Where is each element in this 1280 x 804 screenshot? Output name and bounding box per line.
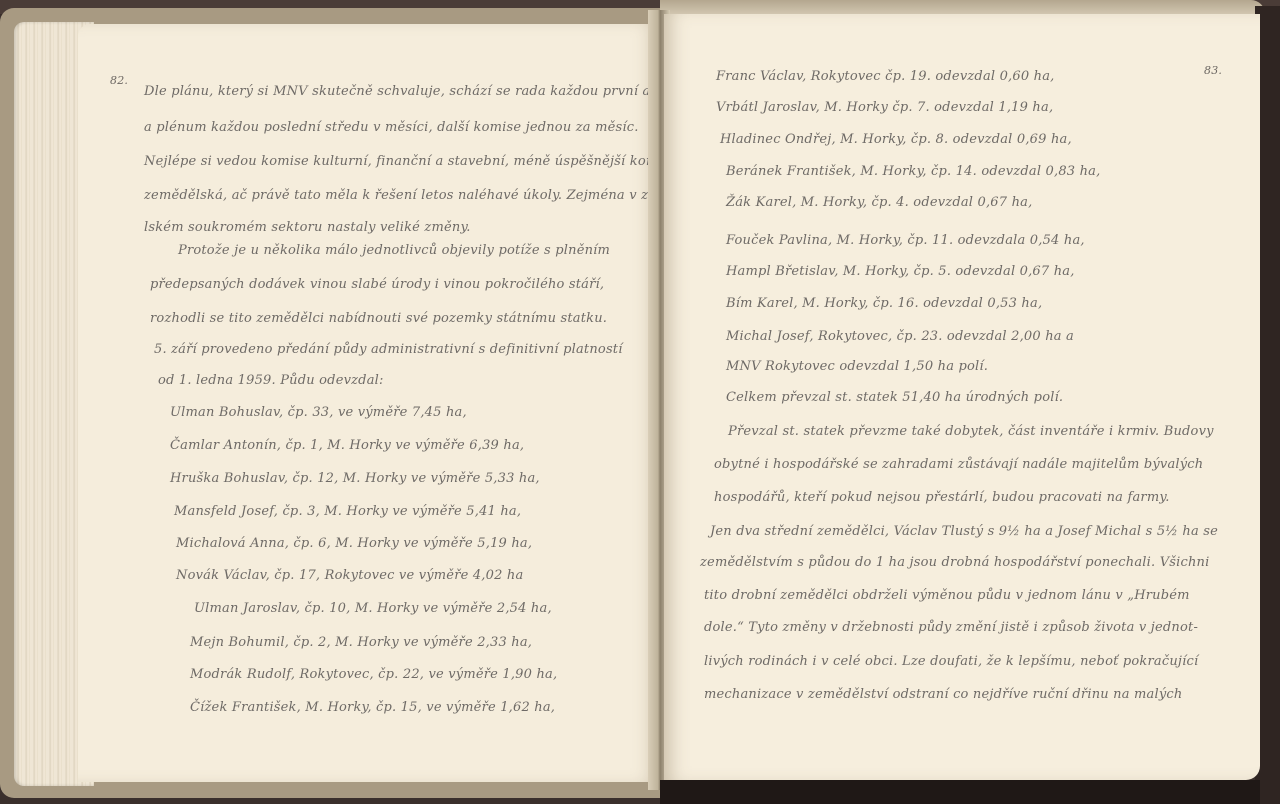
page-number: 82. bbox=[110, 74, 128, 87]
text-line: zemědělská, ač právě tato měla k řešení … bbox=[144, 188, 697, 203]
text-line: rozhodli se tito zemědělci nabídnouti sv… bbox=[150, 311, 607, 326]
text-line: mechanizace v zemědělství odstraní co ne… bbox=[704, 687, 1182, 702]
text-line: zemědělstvím s půdou do 1 ha jsou drobná… bbox=[700, 555, 1210, 570]
list-item: Čamlar Antonín, čp. 1, M. Horky ve výměř… bbox=[170, 438, 524, 453]
list-item: Beránek František, M. Horky, čp. 14. ode… bbox=[726, 164, 1100, 179]
text-line: obytné i hospodářské se zahradami zůstáv… bbox=[714, 457, 1203, 472]
text-line: Dle plánu, který si MNV skutečně schvalu… bbox=[144, 84, 684, 99]
left-page: 82. Dle plánu, který si MNV skutečně sch… bbox=[78, 24, 658, 782]
list-item: Ulman Jaroslav, čp. 10, M. Horky ve výmě… bbox=[194, 601, 552, 616]
list-item: Novák Václav, čp. 17, Rokytovec ve výměř… bbox=[176, 568, 523, 583]
text-line: livých rodinách i v celé obci. Lze doufa… bbox=[704, 654, 1198, 669]
text-line: hospodářů, kteří pokud nejsou přestárlí,… bbox=[714, 490, 1170, 505]
list-item: Žák Karel, M. Horky, čp. 4. odevzdal 0,6… bbox=[726, 195, 1032, 210]
list-item: Franc Václav, Rokytovec čp. 19. odevzdal… bbox=[716, 69, 1055, 84]
list-item: MNV Rokytovec odevzdal 1,50 ha polí. bbox=[726, 359, 988, 374]
list-item: Mansfeld Josef, čp. 3, M. Horky ve výměř… bbox=[174, 504, 521, 519]
list-item: Vrbátl Jaroslav, M. Horky čp. 7. odevzda… bbox=[716, 100, 1053, 115]
list-item: Mejn Bohumil, čp. 2, M. Horky ve výměře … bbox=[190, 635, 532, 650]
text-line: předepsaných dodávek vinou slabé úrody i… bbox=[150, 277, 604, 292]
list-item: Čížek František, M. Horky, čp. 15, ve vý… bbox=[190, 700, 555, 715]
list-item: Michal Josef, Rokytovec, čp. 23. odevzda… bbox=[726, 329, 1074, 344]
list-item: Hladinec Ondřej, M. Horky, čp. 8. odevzd… bbox=[720, 132, 1072, 147]
list-item: Fouček Pavlina, M. Horky, čp. 11. odevzd… bbox=[726, 233, 1085, 248]
text-line: od 1. ledna 1959. Půdu odevzdal: bbox=[158, 373, 384, 388]
background-bottom bbox=[660, 780, 1260, 804]
text-line: Jen dva střední zemědělci, Václav Tlustý… bbox=[710, 524, 1218, 539]
total-line: Celkem převzal st. statek 51,40 ha úrodn… bbox=[726, 390, 1063, 405]
list-item: Hampl Břetislav, M. Horky, čp. 5. odevzd… bbox=[726, 264, 1075, 279]
list-item: Bím Karel, M. Horky, čp. 16. odevzdal 0,… bbox=[726, 296, 1042, 311]
text-line: Protože je u několika málo jednotlivců o… bbox=[178, 243, 610, 258]
text-line: a plénum každou poslední středu v měsíci… bbox=[144, 120, 639, 135]
list-item: Michalová Anna, čp. 6, M. Horky ve výměř… bbox=[176, 536, 532, 551]
text-line: Nejlépe si vedou komise kulturní, finanč… bbox=[144, 154, 678, 169]
text-line: dole.“ Tyto změny v držebnosti půdy změn… bbox=[704, 620, 1198, 635]
list-item: Ulman Bohuslav, čp. 33, ve výměře 7,45 h… bbox=[170, 405, 467, 420]
right-page: 83. Franc Václav, Rokytovec čp. 19. odev… bbox=[664, 14, 1260, 780]
text-line: 5. září provedeno předání půdy administr… bbox=[154, 342, 623, 357]
text-line: tito drobní zemědělci obdrželi výměnou p… bbox=[704, 588, 1190, 603]
text-line: lském soukromém sektoru nastaly veliké z… bbox=[144, 220, 471, 235]
text-line: Převzal st. statek převzme také dobytek,… bbox=[728, 424, 1214, 439]
page-number: 83. bbox=[1204, 64, 1222, 77]
list-item: Modrák Rudolf, Rokytovec, čp. 22, ve vým… bbox=[190, 667, 557, 682]
list-item: Hruška Bohuslav, čp. 12, M. Horky ve vým… bbox=[170, 471, 540, 486]
